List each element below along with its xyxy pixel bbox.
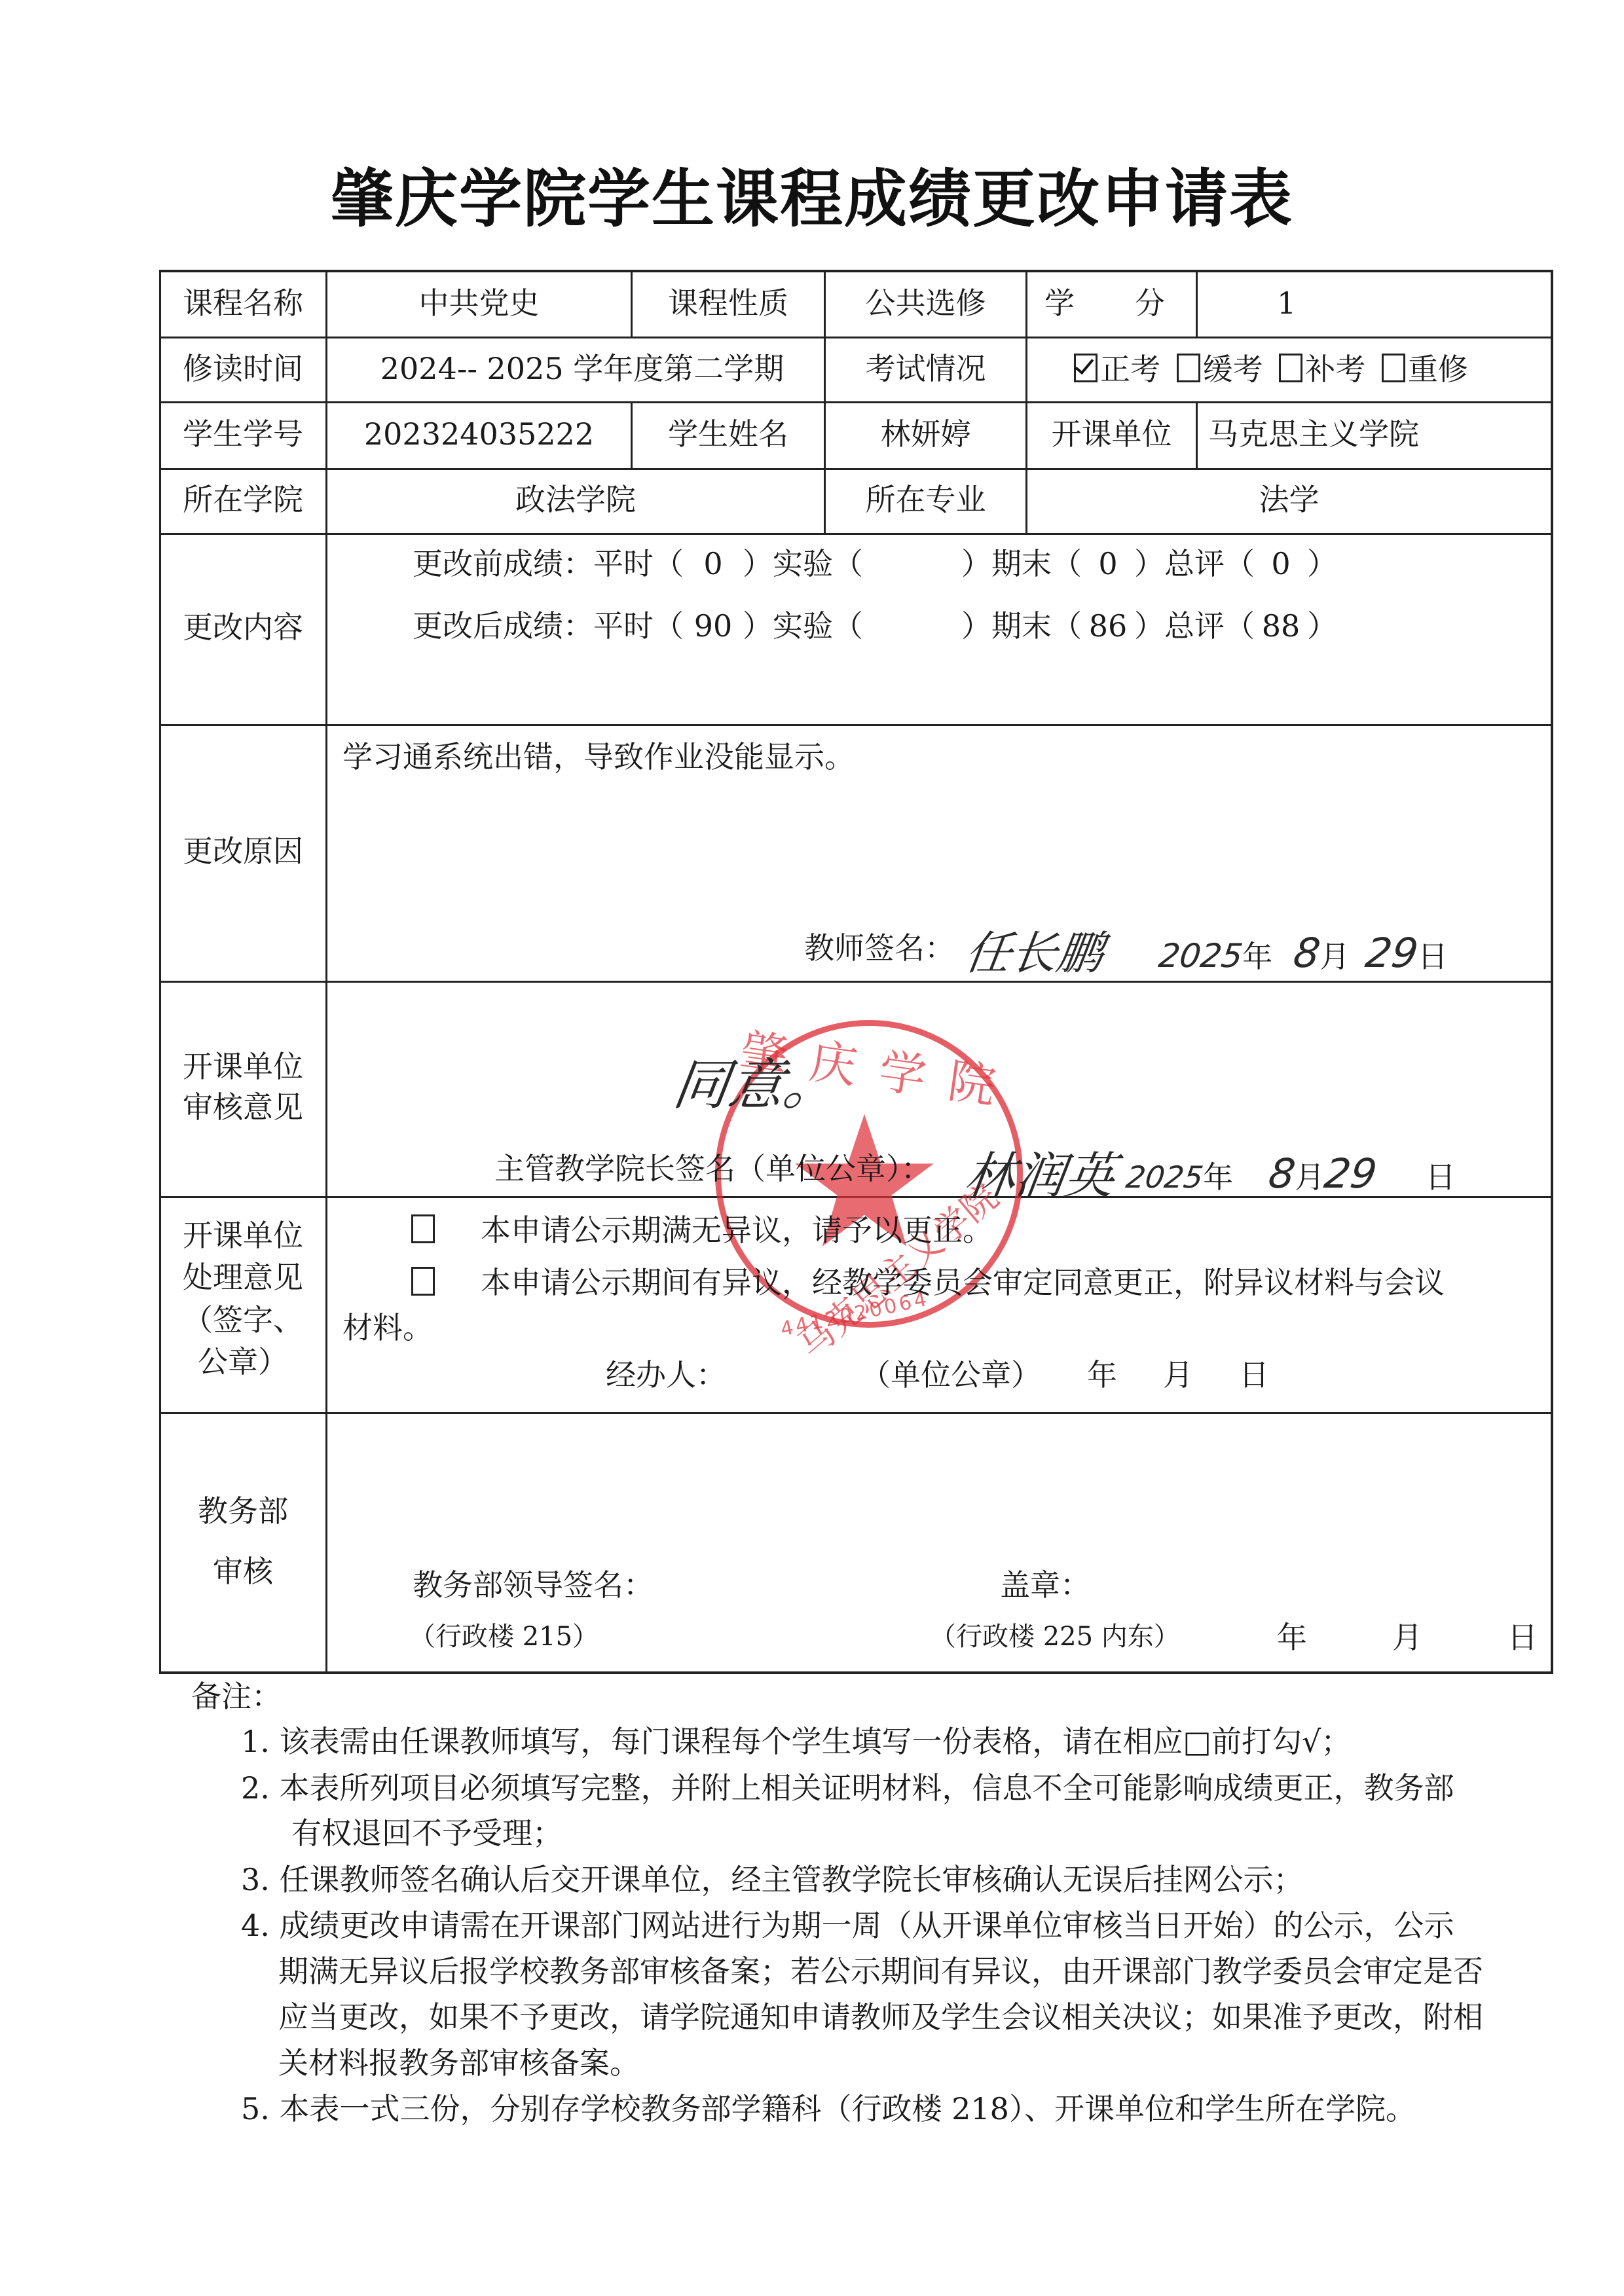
change-reason-label: 更改原因: [160, 836, 325, 866]
exam-status-label: 考试情况: [826, 354, 1025, 384]
row-divider: [159, 1412, 1553, 1414]
grades-before-row: 更改前成绩：平时（0）实验（）期末（0）总评（0）: [413, 549, 1337, 579]
row-divider: [159, 533, 1553, 535]
offering-dept-value: 马克思主义学院: [1208, 419, 1419, 449]
note-item-cont: 有权退回不予受理；: [291, 1818, 563, 1848]
checkbox-icon[interactable]: [1279, 354, 1302, 382]
note-item-cont: 期满无异议后报学校教务部审核备案；若公示期间有异议，由开课部门教学委员会审定是否: [278, 1956, 1483, 1986]
after-total-score: 88: [1255, 611, 1307, 641]
note-item-cont: 关材料报教务部审核备案。: [278, 2048, 640, 2078]
major-label: 所在专业: [826, 484, 1025, 515]
note-item: 1. 该表需由任课教师填写，每门课程每个学生填写一份表格，请在相应□前打勾√；: [241, 1726, 1351, 1757]
academic-affairs-label: 教务部 审核: [160, 1481, 325, 1601]
dean-signature: 林润英: [961, 1136, 1120, 1207]
exam-status-options: 正考 缓考 补考 重修: [1074, 354, 1468, 384]
course-name-value: 中共党史: [327, 288, 631, 318]
checkbox-icon[interactable]: [411, 1267, 435, 1296]
course-name-label: 课程名称: [160, 288, 325, 318]
student-id-value: 202324035222: [327, 419, 631, 449]
college-label: 所在学院: [160, 484, 325, 515]
study-period-label: 修读时间: [160, 354, 325, 384]
offering-dept-label: 开课单位: [1027, 419, 1196, 449]
exam-option-regular[interactable]: 正考: [1074, 352, 1160, 387]
major-value: 法学: [1027, 484, 1551, 515]
note-item: 4. 成绩更改申请需在开课部门网站进行为期一周（从开课单位审核当日开始）的公示，…: [241, 1910, 1454, 1941]
checkbox-icon[interactable]: [1382, 354, 1405, 382]
table-border-bottom: [159, 1671, 1553, 1674]
dept-review-label: 开课单位 审核意见: [160, 1046, 325, 1127]
note-item: 3. 任课教师签名确认后交开课单位，经主管教学院长审核确认无误后挂网公示；: [241, 1865, 1304, 1895]
row-divider: [159, 468, 1553, 470]
academic-affairs-date: 年月日: [1277, 1622, 1538, 1652]
course-type-label: 课程性质: [633, 288, 824, 318]
before-usual-score: 0: [684, 549, 743, 579]
row-divider: [159, 337, 1553, 338]
note-item: 5. 本表一式三份，分别存学校教务部学籍科（行政楼 218）、开课单位和学生所在…: [241, 2094, 1416, 2124]
label-column-divider: [325, 270, 327, 1674]
college-value: 政法学院: [327, 484, 824, 515]
form-title: 肇庆学院学生课程成绩更改申请表: [0, 149, 1624, 239]
course-type-value: 公共选修: [826, 288, 1025, 318]
credit-label: 学 分: [1044, 288, 1165, 318]
checkbox-checked-icon[interactable]: [1074, 354, 1098, 382]
dept-review-opinion: 同意。: [669, 1041, 845, 1120]
teacher-signature: 任长鹏: [961, 917, 1108, 983]
note-item-cont: 应当更改，如果不予更改，请学院通知申请教师及学生会议相关决议；如果准予更改，附相: [278, 2002, 1483, 2032]
table-border-left: [159, 270, 161, 1674]
dean-sign-date: 2025年 8月29 日: [1126, 1154, 1456, 1194]
teacher-signature-label: 教师签名：: [804, 933, 955, 963]
row-divider: [159, 724, 1553, 726]
notes-heading: 备注：: [191, 1681, 282, 1711]
row-divider: [159, 981, 1553, 983]
exam-option-makeup[interactable]: 补考: [1279, 352, 1365, 387]
process-option-objection-cont: 材料。: [342, 1313, 433, 1343]
checkbox-icon[interactable]: [1177, 354, 1200, 382]
handler-sign-row: 经办人：（单位公章）年月日: [606, 1360, 1269, 1390]
after-usual-score: 90: [684, 611, 743, 641]
note-item: 2. 本表所列项目必须填写完整，并附上相关证明材料，信息不全可能影响成绩更正，教…: [241, 1773, 1454, 1803]
study-period-value: 2024-- 2025 学年度第二学期: [341, 354, 824, 384]
change-content-label: 更改内容: [160, 612, 325, 642]
dean-signature-label: 主管教学院长签名（单位公章）：: [494, 1154, 931, 1184]
table-border-top: [159, 270, 1553, 272]
dept-process-label: 开课单位 处理意见 （签字、 公章）: [160, 1214, 325, 1383]
before-final-score: 0: [1082, 549, 1134, 579]
process-option-no-objection[interactable]: 本申请公示期满无异议，请予以更正。: [411, 1214, 993, 1245]
student-name-label: 学生姓名: [633, 419, 824, 449]
seal-location: （行政楼 225 内东）: [930, 1624, 1180, 1650]
student-name-value: 林妍婷: [826, 419, 1025, 449]
after-final-score: 86: [1082, 611, 1134, 641]
change-reason-text: 学习通系统出错，导致作业没能显示。: [342, 742, 855, 772]
credit-value: 1: [1277, 288, 1296, 318]
leader-signature-label: 教务部领导签名：: [413, 1570, 654, 1600]
checkbox-icon[interactable]: [411, 1214, 435, 1243]
student-id-label: 学生学号: [160, 419, 325, 449]
col-divider: [1196, 270, 1198, 337]
seal-label: 盖章：: [1000, 1570, 1090, 1600]
teacher-sign-date: 2025年 8月 29日: [1159, 933, 1448, 974]
table-border-right: [1551, 270, 1553, 1674]
grades-after-row: 更改后成绩：平时（90）实验（）期末（86）总评（88）: [413, 611, 1337, 641]
col-divider: [1196, 401, 1198, 468]
exam-option-deferred[interactable]: 缓考: [1177, 352, 1263, 387]
exam-option-retake[interactable]: 重修: [1382, 352, 1468, 387]
leader-location: （行政楼 215）: [409, 1624, 599, 1650]
process-option-objection[interactable]: 本申请公示期间有异议，经教学委员会审定同意更正，附异议材料与会议: [411, 1267, 1445, 1298]
before-total-score: 0: [1255, 549, 1307, 579]
row-divider: [159, 401, 1553, 403]
